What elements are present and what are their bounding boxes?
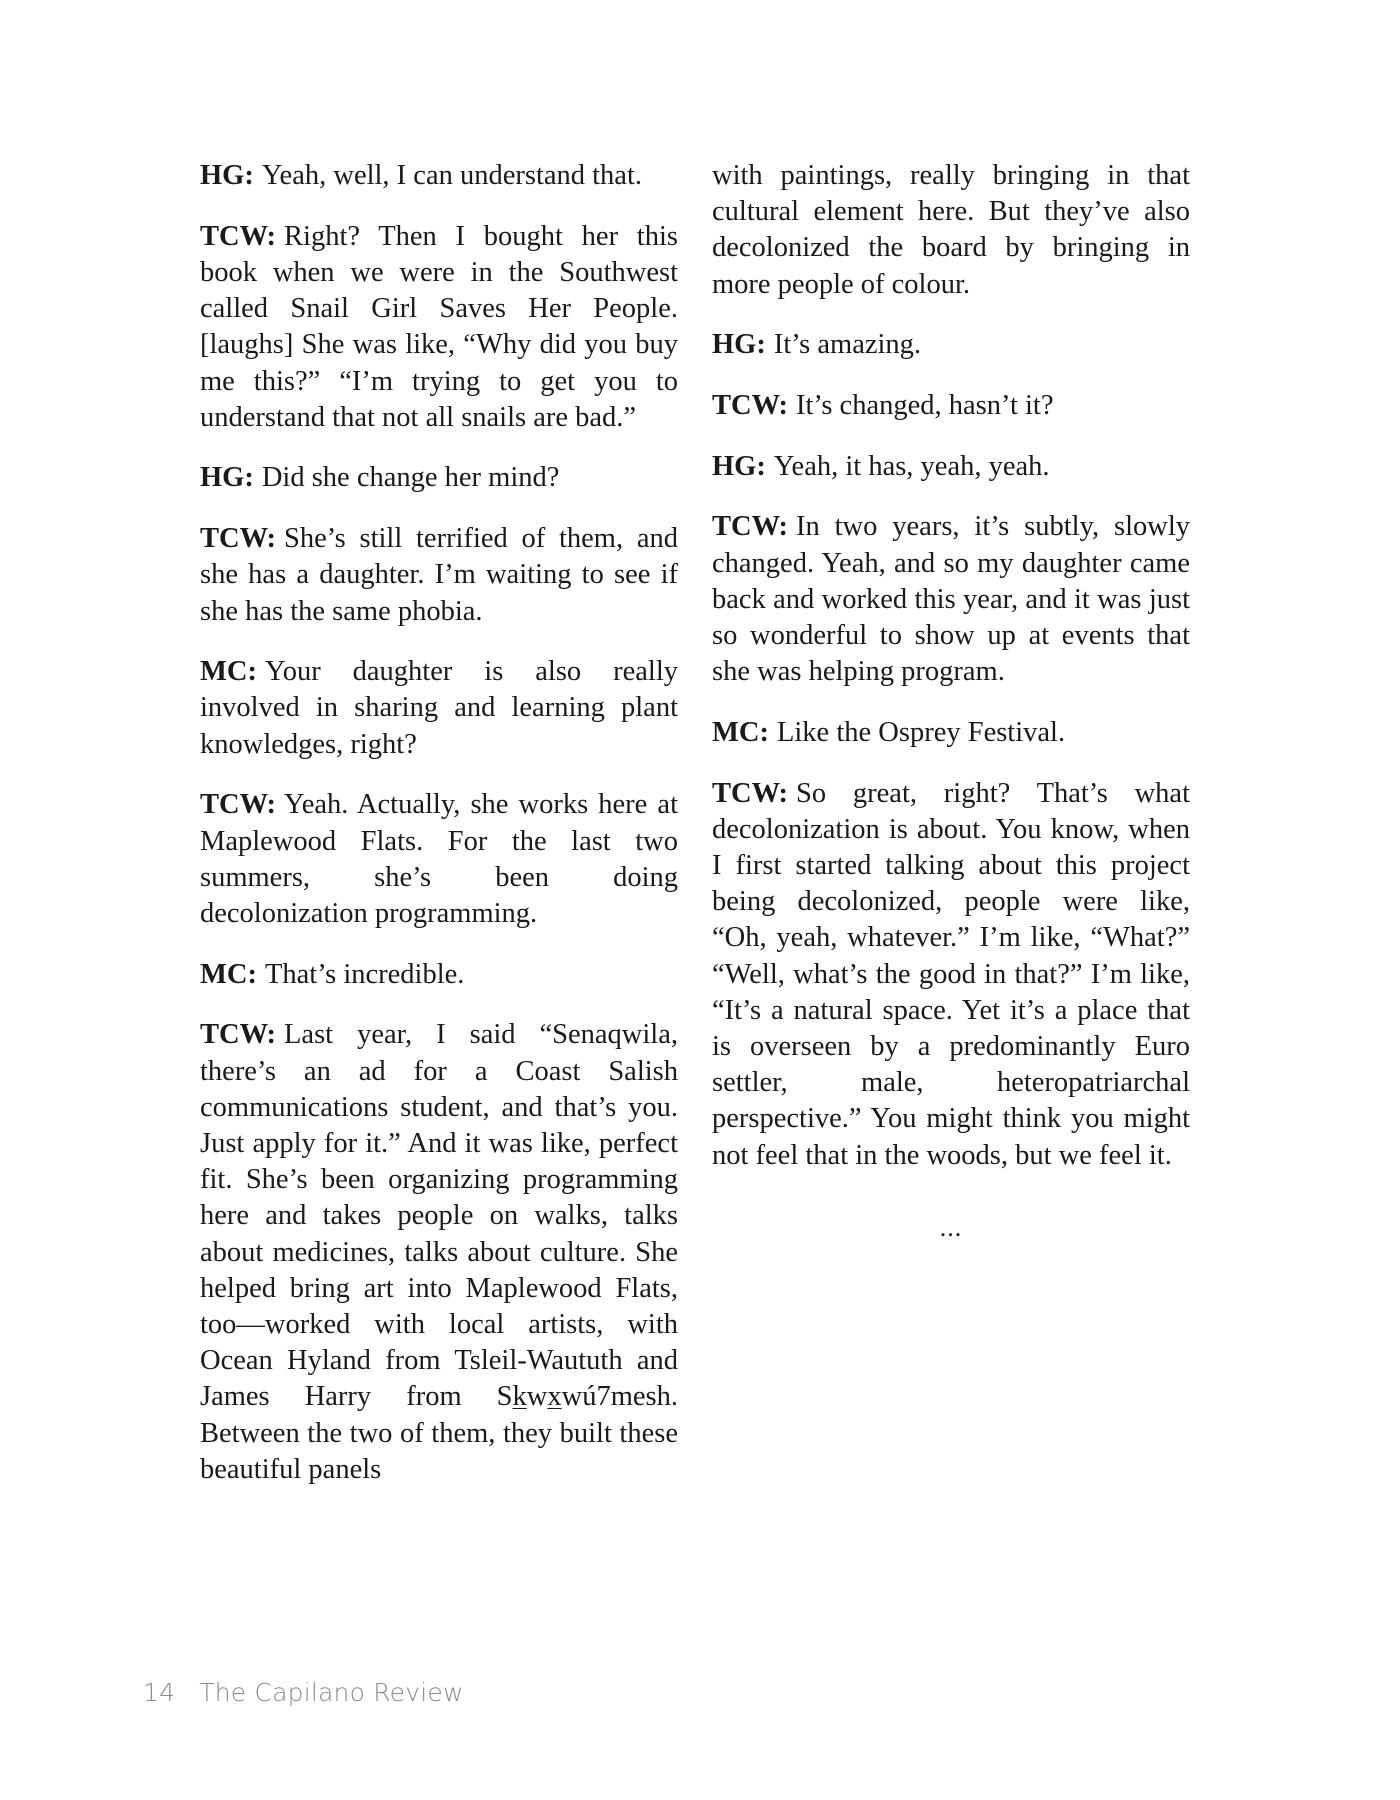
speaker-label: TCW: [712, 390, 788, 421]
dialogue-text: Right? Then I bought her this book when … [200, 221, 678, 433]
continued-paragraph: with paintings, really bringing in that … [712, 158, 1190, 303]
dialogue-paragraph: TCW:She’s still terrified of them, and s… [200, 521, 678, 630]
speaker-label: MC: [200, 959, 257, 990]
dialogue-paragraph: MC:Your daughter is also really involved… [200, 654, 678, 763]
dialogue-text: Yeah, it has, yeah, yeah. [774, 451, 1050, 482]
dialogue-text: It’s amazing. [774, 329, 921, 360]
dialogue-paragraph: MC:That’s incredible. [200, 957, 678, 993]
speaker-label: HG: [712, 329, 766, 360]
dialogue-text: Yeah, well, I can understand that. [262, 160, 642, 191]
dialogue-text: Last year, I said “Senaqwila, there’s an… [200, 1019, 678, 1412]
speaker-label: TCW: [200, 789, 276, 820]
dialogue-text: That’s incredible. [265, 959, 464, 990]
speaker-label: TCW: [200, 221, 276, 252]
section-break-ellipsis: ... [712, 1210, 1190, 1246]
dialogue-paragraph: TCW:In two years, it’s subtly, slowly ch… [712, 509, 1190, 690]
dialogue-text: So great, right? That’s what decolonizat… [712, 778, 1190, 1171]
dialogue-text: Your daughter is also really involved in… [200, 656, 678, 759]
page-footer: 14The Capilano Review [143, 1678, 464, 1707]
page-number: 14 [143, 1678, 175, 1707]
dialogue-text: It’s changed, hasn’t it? [796, 390, 1054, 421]
dialogue-paragraph: HG:Yeah, well, I can understand that. [200, 158, 678, 194]
dialogue-paragraph: TCW:Right? Then I bought her this book w… [200, 219, 678, 436]
dialogue-paragraph: TCW:Yeah. Actually, she works here at Ma… [200, 787, 678, 932]
dialogue-paragraph: HG:Did she change her mind? [200, 460, 678, 496]
dialogue-paragraph: TCW:So great, right? That’s what decolon… [712, 776, 1190, 1174]
speaker-label: MC: [200, 656, 257, 687]
dialogue-paragraph: MC:Like the Osprey Festival. [712, 715, 1190, 751]
speaker-label: HG: [712, 451, 766, 482]
dialogue-paragraph: TCW:It’s changed, hasn’t it? [712, 388, 1190, 424]
right-column: with paintings, really bringing in that … [712, 158, 1190, 1246]
dialogue-text: Did she change her mind? [262, 462, 560, 493]
speaker-label: TCW: [200, 523, 276, 554]
speaker-label: HG: [200, 160, 254, 191]
journal-title: The Capilano Review [199, 1678, 463, 1707]
dialogue-paragraph: TCW:Last year, I said “Senaqwila, there’… [200, 1017, 678, 1488]
speaker-label: TCW: [200, 1019, 276, 1050]
speaker-label: HG: [200, 462, 254, 493]
speaker-label: MC: [712, 717, 769, 748]
dialogue-text: Like the Osprey Festival. [777, 717, 1065, 748]
speaker-label: TCW: [712, 511, 788, 542]
left-column: HG:Yeah, well, I can understand that. TC… [200, 158, 678, 1513]
dialogue-paragraph: HG:It’s amazing. [712, 327, 1190, 363]
dialogue-paragraph: HG:Yeah, it has, yeah, yeah. [712, 449, 1190, 485]
speaker-label: TCW: [712, 778, 788, 809]
place-name-skwxwu7mesh: Skwxwú7mesh [497, 1381, 671, 1412]
